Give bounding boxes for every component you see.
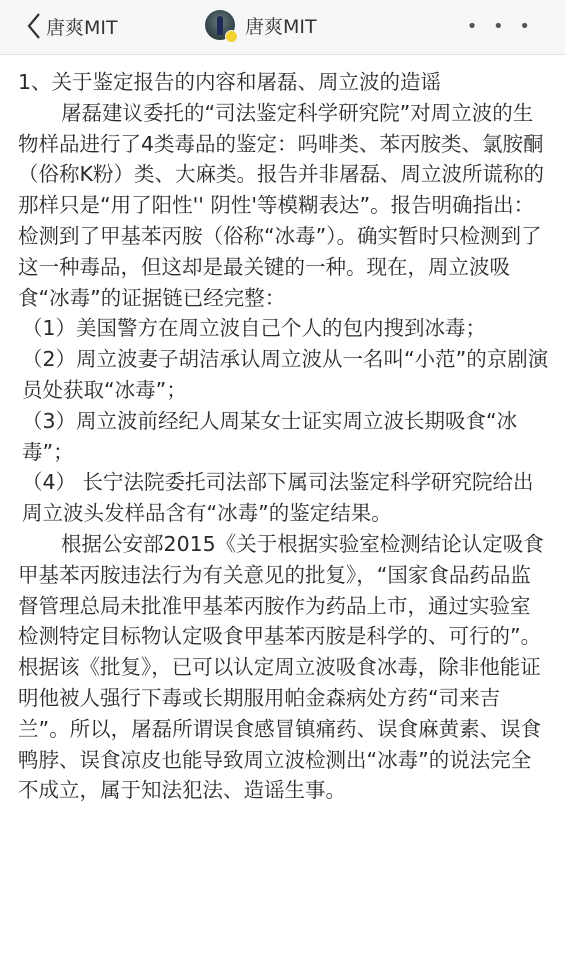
nav-bar: 唐爽MIT 唐爽MIT • • • [0, 0, 565, 55]
evidence-item: （3）周立波前经纪人周某女士证实周立波长期吸食“冰毒”； [18, 406, 549, 468]
article-body: 1、关于鉴定报告的内容和屠磊、周立波的造谣 屠磊建议委托的“司法鉴定科学研究院”… [0, 55, 565, 806]
back-label: 唐爽MIT [46, 13, 118, 40]
evidence-item: （2）周立波妻子胡洁承认周立波从一名叫“小范”的京剧演员处获取“冰毒”； [18, 344, 549, 406]
article-heading: 1、关于鉴定报告的内容和屠磊、周立波的造谣 [18, 67, 549, 98]
evidence-item: （4） 长宁法院委托司法部下属司法鉴定科学研究院给出周立波头发样品含有“冰毒”的… [18, 467, 549, 529]
page-title: 唐爽MIT [245, 12, 317, 39]
more-options-button[interactable]: • • • [467, 16, 535, 37]
chevron-left-icon [26, 12, 42, 40]
avatar[interactable] [205, 10, 235, 40]
article-paragraph: 根据公安部2015《关于根据实验室检测结论认定吸食甲基苯丙胺违法行为有关意见的批… [18, 529, 549, 806]
ellipsis-icon: • • • [467, 16, 535, 37]
article-paragraph: 屠磊建议委托的“司法鉴定科学研究院”对周立波的生物样品进行了4类毒品的鉴定：吗啡… [18, 98, 549, 314]
profile-header[interactable]: 唐爽MIT [205, 10, 317, 40]
verified-badge-icon [225, 30, 238, 43]
avatar-figure [217, 16, 223, 35]
evidence-item: （1）美国警方在周立波自己个人的包内搜到冰毒； [18, 313, 549, 344]
back-button[interactable]: 唐爽MIT [26, 12, 118, 40]
